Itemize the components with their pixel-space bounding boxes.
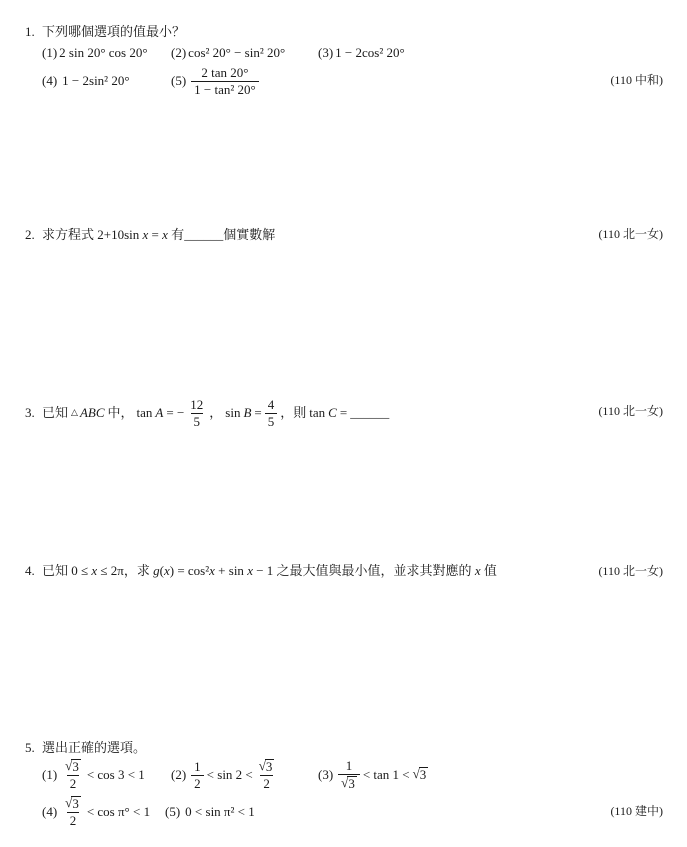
math-variable: A [155,405,163,421]
fraction-denominator: 2 [191,775,204,792]
math-operator: = − [166,405,184,421]
option-label: (3) [318,45,333,60]
triangle-symbol: △ [71,407,78,418]
p1-option-5: (5) 2 tan 20° 1 − tan² 20° [171,64,259,98]
radicand: 3 [71,759,81,775]
problem-4-line: 4. 已知 0 ≤ x ≤ 2π，求 g(x) = cos²x + sin x … [25,563,497,579]
text-segment: 已知 0 ≤ [42,563,91,578]
problem-3-number: 3. [25,405,39,421]
problem-2-number: 2. [25,227,42,243]
sqrt-radical: √3 [259,759,275,775]
p1-option-2: (2)cos² 20° − sin² 20° [171,45,285,61]
worksheet-page: { "page": { "background": "#ffffff", "te… [0,0,687,847]
p1-option-4: (4)1 − 2sin² 20° [42,64,130,98]
sqrt-radical: √3 [341,776,357,792]
math-variable: ABC [80,405,105,421]
text-segment: ， [209,405,222,421]
sqrt-radical: √3 [65,796,81,812]
fraction: 1 2 [191,759,204,791]
option-expression: 0 < sin π² < 1 [185,804,255,820]
text-segment: = [148,227,162,242]
problem-2-line: 2. 求方程式 2+10sin x = x 有______個實數解 [25,227,275,243]
fraction-denominator: 2 [260,775,273,792]
fraction-numerator: √3 [62,795,84,812]
option-expression: 2 sin 20° cos 20° [59,45,147,60]
p5-option-1: (1) √3 2 < cos 3 < 1 [42,757,145,793]
fraction-numerator: √3 [256,758,278,775]
option-expression: cos² 20° − sin² 20° [188,45,285,60]
radicand: 3 [347,776,357,792]
problem-4-source: (110 北一女) [598,564,663,579]
text-segment: 中， [108,405,134,421]
math-variable: B [243,405,251,421]
sqrt-radical: √3 [413,767,429,783]
problem-2-text: 求方程式 2+10sin x = x 有______個實數解 [42,227,275,243]
math-variable: C [328,405,337,421]
option-label: (4) [42,73,57,89]
problem-1-header: 1. 下列哪個選項的值最小？ [25,24,185,40]
p5-option-5: (5) 0 < sin π² < 1 [165,794,255,830]
blank-line: ______ [184,227,223,242]
fraction-denominator: 1 − tan² 20° [191,81,259,98]
problem-5-title: 選出正確的選項。 [42,740,146,756]
math-function: tan [309,405,325,421]
text-segment: ，則 [280,405,306,421]
fraction-numerator: 2 tan 20° [198,65,251,81]
problem-1-source: (110 中和) [610,73,663,88]
problem-1-number: 1. [25,24,42,40]
problem-4-number: 4. [25,563,42,579]
fraction-denominator: √3 [338,774,360,792]
blank-line: ______ [350,405,389,421]
fraction-numerator: 1 [191,759,204,775]
problem-4-text: 已知 0 ≤ x ≤ 2π，求 g(x) = cos²x + sin x − 1… [42,563,497,579]
option-expression: 1 − 2cos² 20° [335,45,405,60]
p5-option-3: (3) 1 √3 < tan 1 < √3 [318,757,428,793]
option-expression: < sin 2 < [207,767,253,783]
problem-3-line: 3. 已知 △ ABC 中， tan A = − 12 5 ， sin B = … [25,395,389,431]
fraction-denominator: 2 [67,812,80,829]
fraction-numerator: 12 [187,397,206,413]
text-segment: ) = cos² [170,563,209,578]
fraction-denominator: 5 [191,413,204,430]
fraction: 4 5 [265,397,278,429]
text-segment: + sin [215,563,247,578]
math-function: tan [137,405,153,421]
math-operator: = [340,405,347,421]
fraction-numerator: 4 [265,397,278,413]
fraction: √3 2 [62,758,84,792]
fraction: 2 tan 20° 1 − tan² 20° [191,65,259,97]
option-expression: < tan 1 < [363,767,410,783]
sqrt-radical: √3 [65,759,81,775]
fraction: 1 √3 [338,758,360,792]
math-function: sin [225,405,240,421]
p5-option-4: (4) √3 2 < cos π° < 1 [42,794,150,830]
fraction: √3 2 [62,795,84,829]
radicand: 3 [71,796,81,812]
fraction-denominator: 2 [67,775,80,792]
option-label: (2) [171,45,186,60]
text-segment: 已知 [42,405,68,421]
problem-1-title: 下列哪個選項的值最小？ [42,24,185,40]
fraction: 12 5 [187,397,206,429]
p5-option-2: (2) 1 2 < sin 2 < √3 2 [171,757,277,793]
text-segment: 值 [481,563,497,578]
option-label: (5) [165,804,180,820]
problem-3-source: (110 北一女) [598,404,663,419]
fraction: √3 2 [256,758,278,792]
p1-option-1: (1)2 sin 20° cos 20° [42,45,148,61]
problem-5-source: (110 建中) [610,804,663,819]
text-segment: 個實數解 [223,227,275,242]
option-label: (4) [42,804,57,820]
radicand: 3 [419,767,429,783]
fraction-denominator: 5 [265,413,278,430]
text-segment: 求方程式 2+10sin [42,227,143,242]
math-operator: = [254,405,261,421]
option-label: (3) [318,767,333,783]
fraction-numerator: √3 [62,758,84,775]
option-expression: < cos π° < 1 [87,804,150,820]
option-label: (2) [171,767,186,783]
option-expression: 1 − 2sin² 20° [62,73,129,89]
problem-2-source: (110 北一女) [598,227,663,242]
text-segment: ≤ 2π，求 [97,563,153,578]
option-label: (1) [42,45,57,60]
option-expression: < cos 3 < 1 [87,767,145,783]
p1-option-3: (3)1 − 2cos² 20° [318,45,405,61]
problem-5-header: 5. 選出正確的選項。 [25,740,146,756]
option-label: (5) [171,73,186,89]
problem-5-number: 5. [25,740,42,756]
radicand: 3 [265,759,275,775]
option-label: (1) [42,767,57,783]
text-segment: − 1 之最大值與最小值，並求其對應的 [253,563,475,578]
fraction-numerator: 1 [343,758,356,774]
text-segment: 有 [168,227,184,242]
